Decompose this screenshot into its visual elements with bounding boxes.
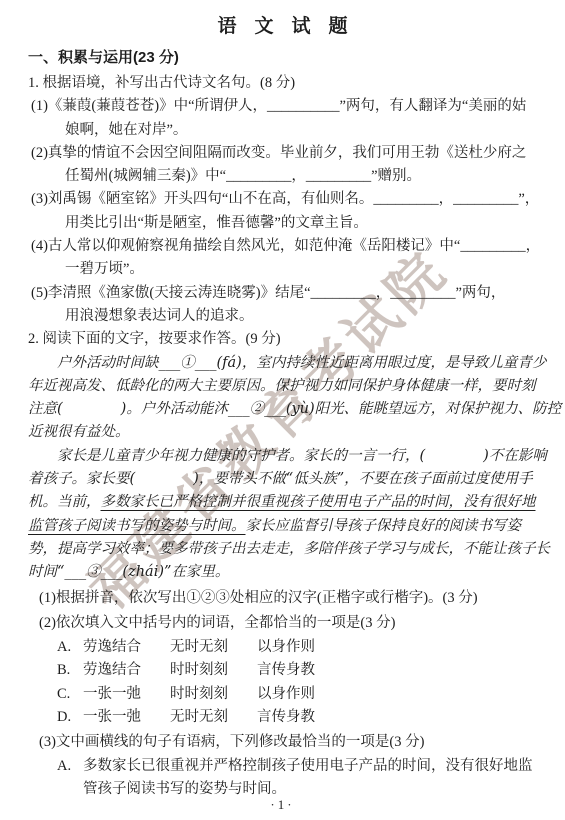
passage-line: 监管孩子阅读书写的姿势与时间。家长应监督引导孩子保持良好的阅读书写姿 <box>28 515 537 538</box>
option-label: A. <box>57 755 83 778</box>
passage-line: 年近视高发、低龄化的两大主要原因。保护视力如同保护身体健康一样，要时刻 <box>28 375 537 398</box>
question-2-sub-1: (1)根据拼音，依次写出①②③处相应的汉字(正楷字或行楷字)。(3 分) <box>28 587 537 610</box>
question-2: 2. 阅读下面的文字，按要求作答。(9 分) 户外活动时间缺___①___(fá… <box>28 328 537 801</box>
option-text: 以身作则 <box>257 636 315 659</box>
sub3-option-a: A.多数家长已很重视并严格控制孩子使用电子产品的时间，没有很好地监 管孩子阅读书… <box>28 755 537 802</box>
option-label: B. <box>57 659 83 682</box>
option-label: A. <box>57 636 83 659</box>
passage-paragraph-1: 户外活动时间缺___①___(fá)，室内持续性近距离用眼过度，是导致儿童青少 … <box>28 352 537 445</box>
option-text: 时时刻刻 <box>170 683 257 706</box>
option-text: 无时无刻 <box>170 636 257 659</box>
option-text: 一张一弛 <box>83 683 170 706</box>
question-1-stem: 1. 根据语境，补写出古代诗文名句。(8 分) <box>28 72 537 95</box>
text-line: (1)《蒹葭(蒹葭苍苍)》中“所谓伊人，__________”两句，有人翻译为“… <box>28 95 537 118</box>
option-text: 劳逸结合 <box>83 636 170 659</box>
option-a-line-1: A.多数家长已很重视并严格控制孩子使用电子产品的时间，没有很好地监 <box>57 755 537 778</box>
section-heading: 一、积累与运用(23 分) <box>28 48 537 68</box>
passage-line: 户外活动时间缺___①___(fá)，室内持续性近距离用眼过度，是导致儿童青少 <box>28 352 537 375</box>
text-line: (3)刘禹锡《陋室铭》开头四句“山不在高，有仙则名。_________，____… <box>28 188 537 211</box>
question-1-item-1: (1)《蒹葭(蒹葭苍苍)》中“所谓伊人，__________”两句，有人翻译为“… <box>28 95 537 142</box>
question-1-item-2: (2)真挚的情谊不会因空间阻隔而改变。毕业前夕，我们可用王勃《送杜少府之 任蜀州… <box>28 142 537 189</box>
option-a-line-2: 管孩子阅读书写的姿势与时间。 <box>57 778 537 801</box>
passage-line: 势，提高学习效率；要多带孩子出去走走，多陪伴孩子学习与成长，不能让孩子长 <box>28 538 537 561</box>
passage-line: 近视很有益处。 <box>28 421 537 444</box>
option-row-d: D.一张一弛无时无刻言传身教 <box>28 706 537 729</box>
text-line: 用浪漫想象表达词人的追求。 <box>28 305 537 328</box>
passage-line: 注意( )。户外活动能沐___②___(yù)阳光、能眺望远方，对保护视力、防控 <box>28 398 537 421</box>
question-2-sub-2: (2)依次填入文中括号内的词语，全都恰当的一项是(3 分) <box>28 612 537 635</box>
text-line: (5)李清照《渔家傲(天接云涛连晓雾)》结尾“_________，_______… <box>28 282 537 305</box>
text-line: 用类比引出“斯是陋室，惟吾德馨”的文章主旨。 <box>28 212 537 235</box>
text-line: 任蜀州(城阙辅三秦)》中“_________，_________”赠别。 <box>28 165 537 188</box>
passage-paragraph-2: 家长是儿童青少年视力健康的守护者。家长的一言一行，( )不在影响 着孩子。家长要… <box>28 445 537 585</box>
text-line: (4)古人常以仰观俯察视角描绘自然风光，如范仲淹《岳阳楼记》中“________… <box>28 235 537 258</box>
option-text: 以身作则 <box>257 683 315 706</box>
passage-line: 着孩子。家长要( )，要带头不做“低头族”，不要在孩子面前过度使用手 <box>28 468 537 491</box>
option-text: 劳逸结合 <box>83 659 170 682</box>
exam-page: 语文试题 一、积累与运用(23 分) 1. 根据语境，补写出古代诗文名句。(8 … <box>0 0 565 820</box>
option-list: A.劳逸结合无时无刻以身作则 B.劳逸结合时时刻刻言传身教 C.一张一弛时时刻刻… <box>28 636 537 729</box>
text-line: (2)真挚的情谊不会因空间阻隔而改变。毕业前夕，我们可用王勃《送杜少府之 <box>28 142 537 165</box>
question-1-item-3: (3)刘禹锡《陋室铭》开头四句“山不在高，有仙则名。_________，____… <box>28 188 537 235</box>
option-text: 时时刻刻 <box>170 659 257 682</box>
option-label: D. <box>57 706 83 729</box>
option-label: C. <box>57 683 83 706</box>
passage-line: 时间“___③___(zhái)”在家里。 <box>28 561 537 584</box>
question-2-stem: 2. 阅读下面的文字，按要求作答。(9 分) <box>28 328 537 351</box>
option-row-b: B.劳逸结合时时刻刻言传身教 <box>28 659 537 682</box>
option-row-a: A.劳逸结合无时无刻以身作则 <box>28 636 537 659</box>
question-2-sub-3: (3)文中画横线的句子有语病，下列修改最恰当的一项是(3 分) <box>28 731 537 754</box>
option-text: 无时无刻 <box>170 706 257 729</box>
passage-line: 家长是儿童青少年视力健康的守护者。家长的一言一行，( )不在影响 <box>28 445 537 468</box>
page-title-row: 语文试题 <box>28 14 537 40</box>
page-title: 语文试题 <box>217 14 365 40</box>
option-row-c: C.一张一弛时时刻刻以身作则 <box>28 683 537 706</box>
option-text: 言传身教 <box>257 706 315 729</box>
text-line: 娘啊，她在对岸”。 <box>28 119 537 142</box>
option-text: 一张一弛 <box>83 706 170 729</box>
passage-line: 机。当前，多数家长已严格控制并很重视孩子使用电子产品的时间，没有很好地 <box>28 491 537 514</box>
option-text: 言传身教 <box>257 659 315 682</box>
question-1-item-4: (4)古人常以仰观俯察视角描绘自然风光，如范仲淹《岳阳楼记》中“________… <box>28 235 537 282</box>
question-1-item-5: (5)李清照《渔家傲(天接云涛连晓雾)》结尾“_________，_______… <box>28 282 537 329</box>
text-line: 一碧万顷”。 <box>28 258 537 281</box>
underlined-sentence: 多数家长已严格控制并很重视孩子使用电子产品的时间，没有很好地 <box>101 494 536 510</box>
underlined-sentence: 监管孩子阅读书写的姿势与时间。 <box>28 518 246 534</box>
question-1: 1. 根据语境，补写出古代诗文名句。(8 分) (1)《蒹葭(蒹葭苍苍)》中“所… <box>28 72 537 328</box>
